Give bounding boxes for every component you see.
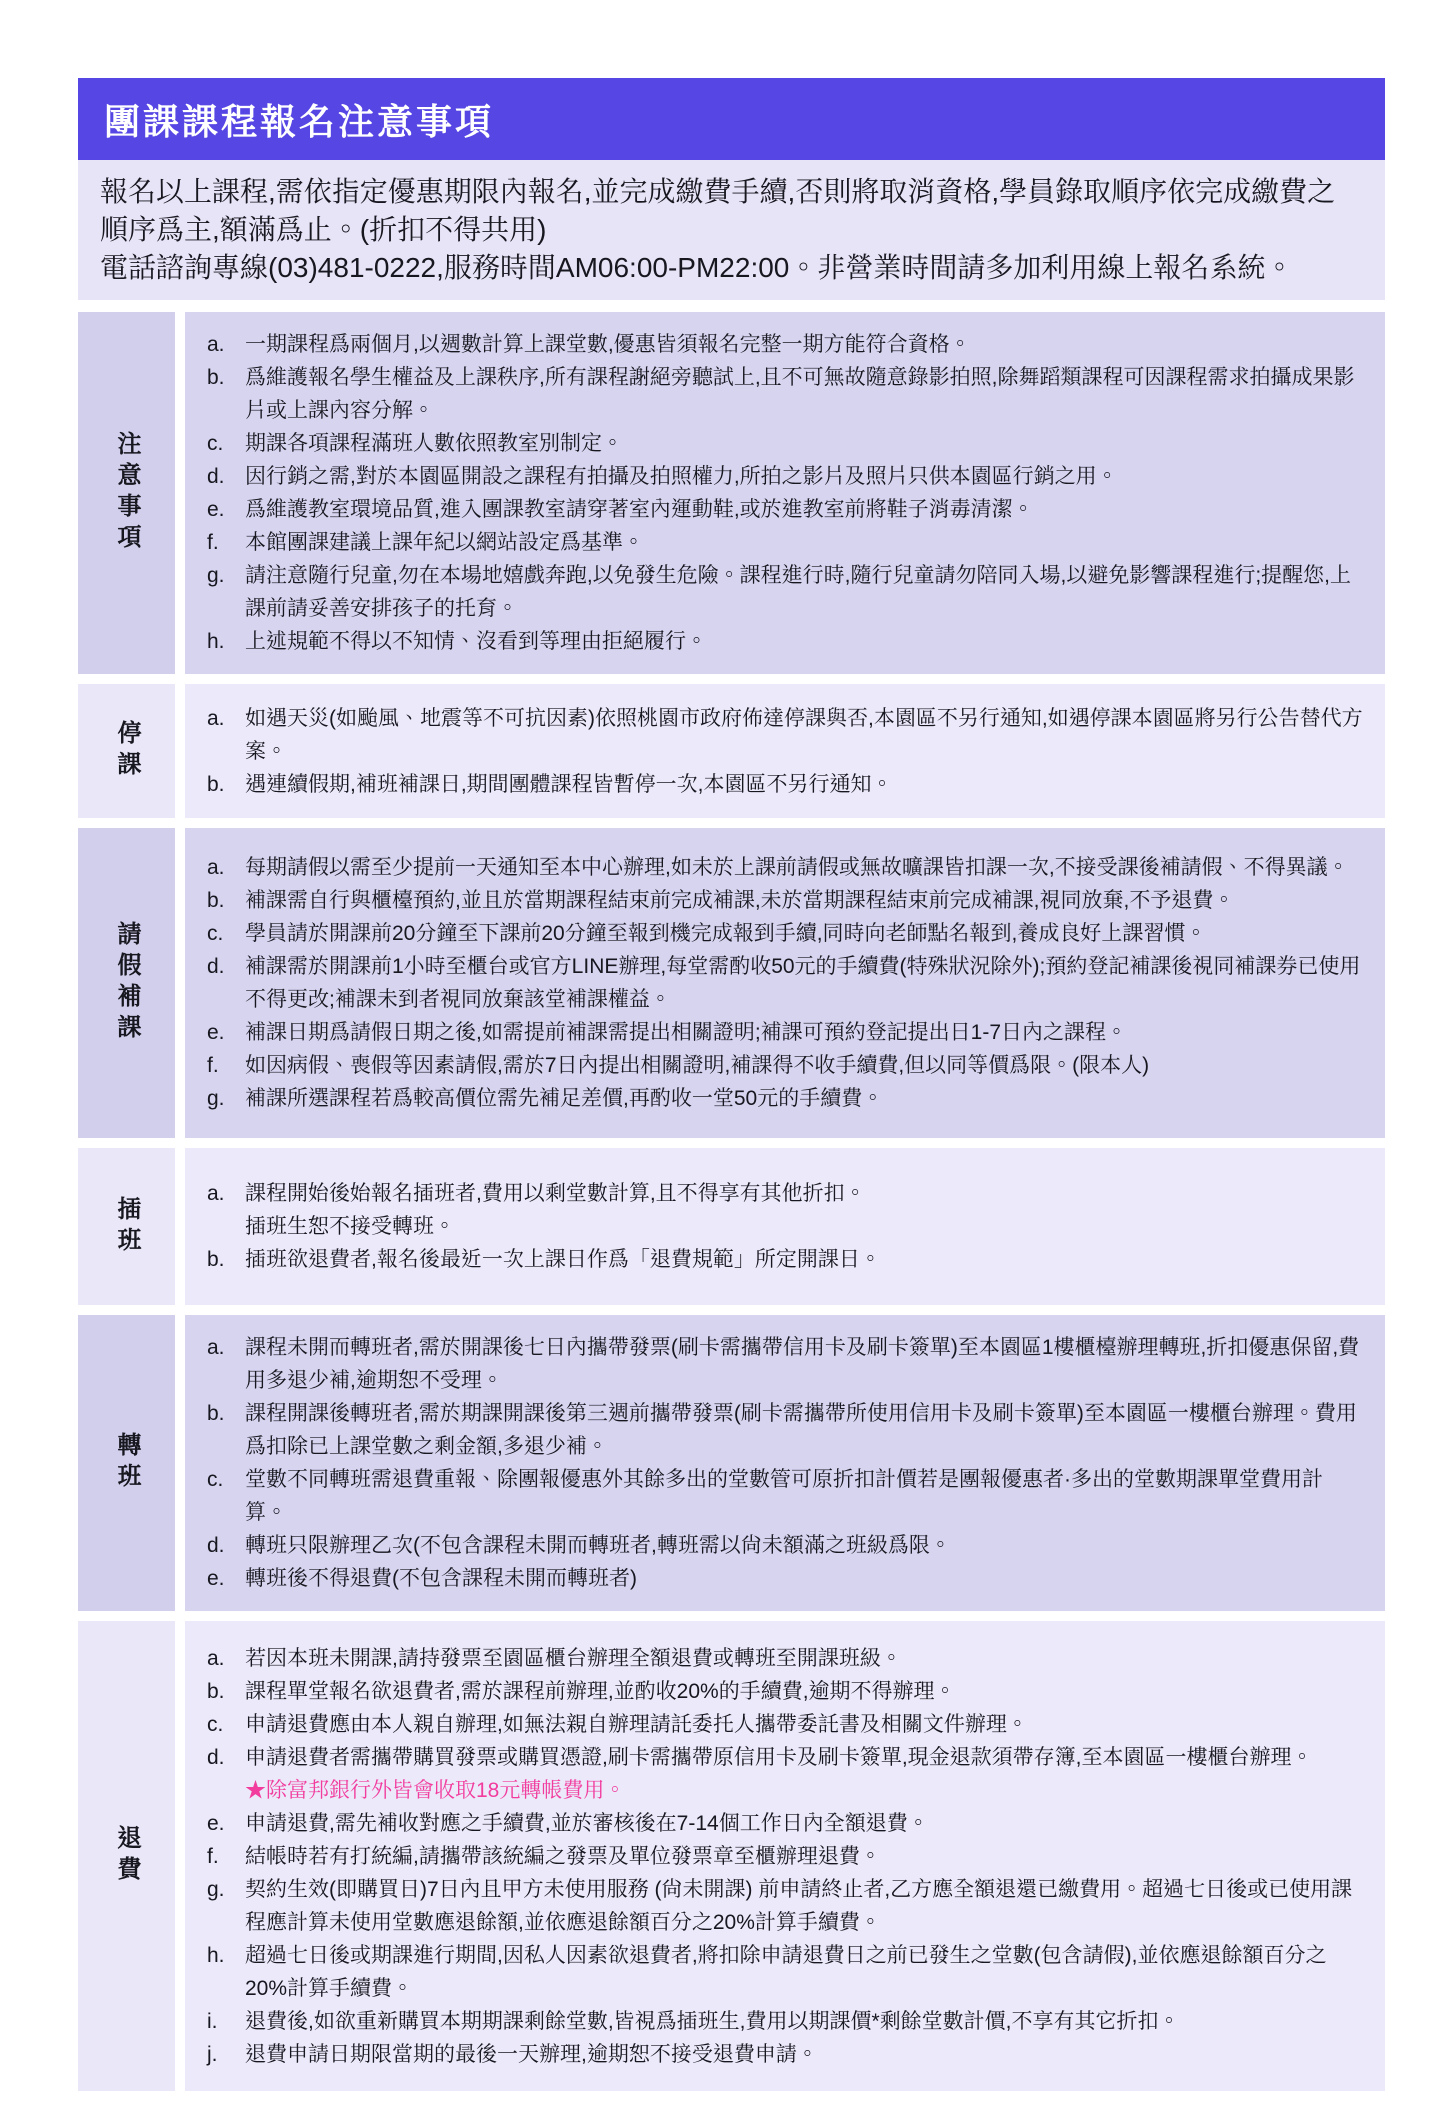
rule-item-marker: b. xyxy=(207,884,245,917)
rule-item: b.爲維護報名學生權益及上課秩序,所有課程謝絕旁聽試上,且不可無故隨意錄影拍照,… xyxy=(207,361,1363,427)
rule-item: h.超過七日後或期課進行期間,因私人因素欲退費者,將扣除申請退費日之前已發生之堂… xyxy=(207,1939,1363,2005)
rule-item-text: 課程開課後轉班者,需於期課開課後第三週前攜帶發票(刷卡需攜帶所使用信用卡及刷卡簽… xyxy=(245,1397,1363,1463)
section-row-class-insertion: 插班a.課程開始後始報名插班者,費用以剩堂數計算,且不得享有其他折扣。插班生恕不… xyxy=(78,1148,1385,1305)
intro-block: 報名以上課程,需依指定優惠期限內報名,並完成繳費手續,否則將取消資格,學員錄取順… xyxy=(78,160,1385,300)
rule-item: i.退費後,如欲重新購買本期期課剩餘堂數,皆視爲插班生,費用以期課價*剩餘堂數計… xyxy=(207,2005,1363,2038)
section-content-class-insertion: a.課程開始後始報名插班者,費用以剩堂數計算,且不得享有其他折扣。插班生恕不接受… xyxy=(185,1148,1385,1305)
rule-item: f.如因病假、喪假等因素請假,需於7日內提出相關證明,補課得不收手續費,但以同等… xyxy=(207,1049,1363,1082)
rule-item-marker: d. xyxy=(207,950,245,1016)
rule-item-text: 插班欲退費者,報名後最近一次上課日作爲「退費規範」所定開課日。 xyxy=(245,1243,1363,1276)
rule-item-text: 補課所選課程若爲較高價位需先補足差價,再酌收一堂50元的手續費。 xyxy=(245,1082,1363,1115)
rule-item-text: 每期請假以需至少提前一天通知至本中心辦理,如未於上課前請假或無故曠課皆扣課一次,… xyxy=(245,851,1363,884)
rule-item-text: 插班生恕不接受轉班。 xyxy=(245,1210,1363,1243)
rule-item-marker: f. xyxy=(207,1840,245,1873)
rule-item-text: 課程未開而轉班者,需於開課後七日內攜帶發票(刷卡需攜帶信用卡及刷卡簽單)至本園區… xyxy=(245,1331,1363,1397)
rule-item: a.課程開始後始報名插班者,費用以剩堂數計算,且不得享有其他折扣。 xyxy=(207,1177,1363,1210)
rule-item-text: 結帳時若有打統編,請攜帶該統編之發票及單位發票章至櫃辦理退費。 xyxy=(245,1840,1363,1873)
section-label-cell-refund: 退費 xyxy=(78,1621,175,2091)
rule-item-marker: b. xyxy=(207,1675,245,1708)
section-label-cell-class-insertion: 插班 xyxy=(78,1148,175,1305)
rule-item: a.若因本班未開課,請持發票至園區櫃台辦理全額退費或轉班至開課班級。 xyxy=(207,1642,1363,1675)
rule-item: j.退費申請日期限當期的最後一天辦理,逾期恕不接受退費申請。 xyxy=(207,2038,1363,2071)
rule-item-text: 退費申請日期限當期的最後一天辦理,逾期恕不接受退費申請。 xyxy=(245,2038,1363,2071)
section-row-class-transfer: 轉班a.課程未開而轉班者,需於開課後七日內攜帶發票(刷卡需攜帶信用卡及刷卡簽單)… xyxy=(78,1315,1385,1611)
rule-item-text: 補課需於開課前1小時至櫃台或官方LINE辦理,每堂需酌收50元的手續費(特殊狀況… xyxy=(245,950,1363,1016)
rule-item: a.一期課程爲兩個月,以週數計算上課堂數,優惠皆須報名完整一期方能符合資格。 xyxy=(207,328,1363,361)
section-label-cell-class-suspension: 停課 xyxy=(78,684,175,818)
rule-item-marker: j. xyxy=(207,2038,245,2071)
rule-item-text: 申請退費者需攜帶購買發票或購買憑證,刷卡需攜帶原信用卡及刷卡簽單,現金退款須帶存… xyxy=(245,1741,1363,1774)
rule-item-text: 期課各項課程滿班人數依照教室別制定。 xyxy=(245,427,1363,460)
rule-item-marker: g. xyxy=(207,1082,245,1115)
rule-item: d.轉班只限辦理乙次(不包含課程未開而轉班者,轉班需以尙未額滿之班級爲限。 xyxy=(207,1529,1363,1562)
rule-item-marker: e. xyxy=(207,1562,245,1595)
section-content-leave-makeup: a.每期請假以需至少提前一天通知至本中心辦理,如未於上課前請假或無故曠課皆扣課一… xyxy=(185,828,1385,1138)
page-title: 團課課程報名注意事項 xyxy=(104,94,494,145)
rule-item: g.契約生效(即購買日)7日內且甲方未使用服務 (尙未開課) 前申請終止者,乙方… xyxy=(207,1873,1363,1939)
rule-item-text: 課程單堂報名欲退費者,需於課程前辦理,並酌收20%的手續費,逾期不得辦理。 xyxy=(245,1675,1363,1708)
rule-item-marker xyxy=(207,1774,245,1807)
section-label-cell-class-transfer: 轉班 xyxy=(78,1315,175,1611)
rule-item-text: 如遇天災(如颱風、地震等不可抗因素)依照桃園市政府佈達停課與否,本園區不另行通知… xyxy=(245,702,1363,768)
rule-item-marker: b. xyxy=(207,361,245,427)
rule-item: f.本館團課建議上課年紀以網站設定爲基準。 xyxy=(207,526,1363,559)
rule-item-marker: f. xyxy=(207,1049,245,1082)
rule-item-marker: b. xyxy=(207,768,245,801)
rule-item: b.補課需自行與櫃檯預約,並且於當期課程結束前完成補課,未於當期課程結束前完成補… xyxy=(207,884,1363,917)
rule-item-text: 退費後,如欲重新購買本期期課剩餘堂數,皆視爲插班生,費用以期課價*剩餘堂數計價,… xyxy=(245,2005,1363,2038)
rule-item-text: ★除富邦銀行外皆會收取18元轉帳費用。 xyxy=(245,1774,1363,1807)
rule-item: c.學員請於開課前20分鐘至下課前20分鐘至報到機完成報到手續,同時向老師點名報… xyxy=(207,917,1363,950)
rule-item-marker: a. xyxy=(207,702,245,768)
rule-item-marker: a. xyxy=(207,1642,245,1675)
rule-item-text: 轉班後不得退費(不包含課程未開而轉班者) xyxy=(245,1562,1363,1595)
intro-phone-line: 電話諮詢專線(03)481-0222,服務時間AM06:00-PM22:00。非… xyxy=(100,249,1363,287)
section-label-cell-notes: 注意事項 xyxy=(78,312,175,674)
highlight-note: ★除富邦銀行外皆會收取18元轉帳費用。 xyxy=(207,1774,1363,1807)
rule-item-text: 申請退費,需先補收對應之手續費,並於審核後在7-14個工作日內全額退費。 xyxy=(245,1807,1363,1840)
rule-item-marker: b. xyxy=(207,1243,245,1276)
rule-item-text: 超過七日後或期課進行期間,因私人因素欲退費者,將扣除申請退費日之前已發生之堂數(… xyxy=(245,1939,1363,2005)
section-content-notes: a.一期課程爲兩個月,以週數計算上課堂數,優惠皆須報名完整一期方能符合資格。b.… xyxy=(185,312,1385,674)
rule-item-text: 如因病假、喪假等因素請假,需於7日內提出相關證明,補課得不收手續費,但以同等價爲… xyxy=(245,1049,1363,1082)
rule-item: d.申請退費者需攜帶購買發票或購買憑證,刷卡需攜帶原信用卡及刷卡簽單,現金退款須… xyxy=(207,1741,1363,1774)
rule-item-marker: c. xyxy=(207,1708,245,1741)
section-label: 注意事項 xyxy=(109,431,144,555)
rule-item-text: 上述規範不得以不知情、沒看到等理由拒絕履行。 xyxy=(245,625,1363,658)
rule-item-marker: d. xyxy=(207,460,245,493)
rule-item-marker: h. xyxy=(207,1939,245,2005)
section-label-cell-leave-makeup: 請假補課 xyxy=(78,828,175,1138)
rule-item-marker: d. xyxy=(207,1741,245,1774)
section-label: 停課 xyxy=(109,720,144,782)
section-label: 轉班 xyxy=(109,1432,144,1494)
rule-item-text: 因行銷之需,對於本園區開設之課程有拍攝及拍照權力,所拍之影片及照片只供本園區行銷… xyxy=(245,460,1363,493)
rule-item-marker: d. xyxy=(207,1529,245,1562)
rule-item: a.如遇天災(如颱風、地震等不可抗因素)依照桃園市政府佈達停課與否,本園區不另行… xyxy=(207,702,1363,768)
rule-item: 插班生恕不接受轉班。 xyxy=(207,1210,1363,1243)
rule-item: g.補課所選課程若爲較高價位需先補足差價,再酌收一堂50元的手續費。 xyxy=(207,1082,1363,1115)
rule-item: c.申請退費應由本人親自辦理,如無法親自辦理請託委托人攜帶委託書及相關文件辦理。 xyxy=(207,1708,1363,1741)
rule-item-text: 學員請於開課前20分鐘至下課前20分鐘至報到機完成報到手續,同時向老師點名報到,… xyxy=(245,917,1363,950)
rule-item-text: 補課日期爲請假日期之後,如需提前補課需提出相關證明;補課可預約登記提出日1-7日… xyxy=(245,1016,1363,1049)
rule-item: b.遇連續假期,補班補課日,期間團體課程皆暫停一次,本園區不另行通知。 xyxy=(207,768,1363,801)
rule-item-marker: e. xyxy=(207,1807,245,1840)
rule-item-marker xyxy=(207,1210,245,1243)
rule-item: b.插班欲退費者,報名後最近一次上課日作爲「退費規範」所定開課日。 xyxy=(207,1243,1363,1276)
rule-item-text: 本館團課建議上課年紀以網站設定爲基準。 xyxy=(245,526,1363,559)
rule-item-marker: a. xyxy=(207,851,245,884)
section-label: 退費 xyxy=(109,1825,144,1887)
section-row-refund: 退費a.若因本班未開課,請持發票至園區櫃台辦理全額退費或轉班至開課班級。b.課程… xyxy=(78,1621,1385,2091)
rule-item: f.結帳時若有打統編,請攜帶該統編之發票及單位發票章至櫃辦理退費。 xyxy=(207,1840,1363,1873)
section-label: 插班 xyxy=(109,1196,144,1258)
rule-item: b.課程單堂報名欲退費者,需於課程前辦理,並酌收20%的手續費,逾期不得辦理。 xyxy=(207,1675,1363,1708)
section-row-leave-makeup: 請假補課a.每期請假以需至少提前一天通知至本中心辦理,如未於上課前請假或無故曠課… xyxy=(78,828,1385,1138)
rule-item-marker: a. xyxy=(207,328,245,361)
rule-item: h.上述規範不得以不知情、沒看到等理由拒絕履行。 xyxy=(207,625,1363,658)
rule-item: b.課程開課後轉班者,需於期課開課後第三週前攜帶發票(刷卡需攜帶所使用信用卡及刷… xyxy=(207,1397,1363,1463)
rule-item: a.課程未開而轉班者,需於開課後七日內攜帶發票(刷卡需攜帶信用卡及刷卡簽單)至本… xyxy=(207,1331,1363,1397)
rule-item: d.因行銷之需,對於本園區開設之課程有拍攝及拍照權力,所拍之影片及照片只供本園區… xyxy=(207,460,1363,493)
sections-list: 注意事項a.一期課程爲兩個月,以週數計算上課堂數,優惠皆須報名完整一期方能符合資… xyxy=(78,312,1385,2091)
rule-item: c.堂數不同轉班需退費重報、除團報優惠外其餘多出的堂數管可原折扣計價若是團報優惠… xyxy=(207,1463,1363,1529)
rule-item: c.期課各項課程滿班人數依照教室別制定。 xyxy=(207,427,1363,460)
notice-page: 團課課程報名注意事項 報名以上課程,需依指定優惠期限內報名,並完成繳費手續,否則… xyxy=(78,78,1385,2101)
rule-item: e.爲維護教室環境品質,進入團課教室請穿著室內運動鞋,或於進教室前將鞋子消毒清潔… xyxy=(207,493,1363,526)
rule-item-marker: b. xyxy=(207,1397,245,1463)
rule-item-text: 請注意隨行兒童,勿在本場地嬉戲奔跑,以免發生危險。課程進行時,隨行兒童請勿陪同入… xyxy=(245,559,1363,625)
rule-item-text: 補課需自行與櫃檯預約,並且於當期課程結束前完成補課,未於當期課程結束前完成補課,… xyxy=(245,884,1363,917)
rule-item-marker: a. xyxy=(207,1177,245,1210)
rule-item-marker: e. xyxy=(207,493,245,526)
rule-item-marker: f. xyxy=(207,526,245,559)
rule-item-text: 爲維護教室環境品質,進入團課教室請穿著室內運動鞋,或於進教室前將鞋子消毒清潔。 xyxy=(245,493,1363,526)
rule-item-text: 遇連續假期,補班補課日,期間團體課程皆暫停一次,本園區不另行通知。 xyxy=(245,768,1363,801)
rule-item-marker: g. xyxy=(207,559,245,625)
rule-item-marker: c. xyxy=(207,1463,245,1529)
rule-item-marker: c. xyxy=(207,427,245,460)
rule-item-text: 若因本班未開課,請持發票至園區櫃台辦理全額退費或轉班至開課班級。 xyxy=(245,1642,1363,1675)
rule-item: e.補課日期爲請假日期之後,如需提前補課需提出相關證明;補課可預約登記提出日1-… xyxy=(207,1016,1363,1049)
page-header: 團課課程報名注意事項 xyxy=(78,78,1385,160)
rule-item-text: 爲維護報名學生權益及上課秩序,所有課程謝絕旁聽試上,且不可無故隨意錄影拍照,除舞… xyxy=(245,361,1363,427)
rule-item: e.申請退費,需先補收對應之手續費,並於審核後在7-14個工作日內全額退費。 xyxy=(207,1807,1363,1840)
section-content-class-suspension: a.如遇天災(如颱風、地震等不可抗因素)依照桃園市政府佈達停課與否,本園區不另行… xyxy=(185,684,1385,818)
section-label: 請假補課 xyxy=(109,921,144,1045)
rule-item-text: 契約生效(即購買日)7日內且甲方未使用服務 (尙未開課) 前申請終止者,乙方應全… xyxy=(245,1873,1363,1939)
rule-item-text: 轉班只限辦理乙次(不包含課程未開而轉班者,轉班需以尙未額滿之班級爲限。 xyxy=(245,1529,1363,1562)
section-content-class-transfer: a.課程未開而轉班者,需於開課後七日內攜帶發票(刷卡需攜帶信用卡及刷卡簽單)至本… xyxy=(185,1315,1385,1611)
rule-item: g.請注意隨行兒童,勿在本場地嬉戲奔跑,以免發生危險。課程進行時,隨行兒童請勿陪… xyxy=(207,559,1363,625)
rule-item-marker: e. xyxy=(207,1016,245,1049)
rule-item-text: 一期課程爲兩個月,以週數計算上課堂數,優惠皆須報名完整一期方能符合資格。 xyxy=(245,328,1363,361)
rule-item-marker: g. xyxy=(207,1873,245,1939)
rule-item: a.每期請假以需至少提前一天通知至本中心辦理,如未於上課前請假或無故曠課皆扣課一… xyxy=(207,851,1363,884)
rule-item: d.補課需於開課前1小時至櫃台或官方LINE辦理,每堂需酌收50元的手續費(特殊… xyxy=(207,950,1363,1016)
rule-item-marker: a. xyxy=(207,1331,245,1397)
rule-item: e.轉班後不得退費(不包含課程未開而轉班者) xyxy=(207,1562,1363,1595)
rule-item-text: 申請退費應由本人親自辦理,如無法親自辦理請託委托人攜帶委託書及相關文件辦理。 xyxy=(245,1708,1363,1741)
intro-paragraph: 報名以上課程,需依指定優惠期限內報名,並完成繳費手續,否則將取消資格,學員錄取順… xyxy=(100,173,1363,249)
rule-item-marker: i. xyxy=(207,2005,245,2038)
section-row-class-suspension: 停課a.如遇天災(如颱風、地震等不可抗因素)依照桃園市政府佈達停課與否,本園區不… xyxy=(78,684,1385,818)
section-row-notes: 注意事項a.一期課程爲兩個月,以週數計算上課堂數,優惠皆須報名完整一期方能符合資… xyxy=(78,312,1385,674)
rule-item-marker: c. xyxy=(207,917,245,950)
rule-item-text: 堂數不同轉班需退費重報、除團報優惠外其餘多出的堂數管可原折扣計價若是團報優惠者·… xyxy=(245,1463,1363,1529)
section-content-refund: a.若因本班未開課,請持發票至園區櫃台辦理全額退費或轉班至開課班級。b.課程單堂… xyxy=(185,1621,1385,2091)
rule-item-text: 課程開始後始報名插班者,費用以剩堂數計算,且不得享有其他折扣。 xyxy=(245,1177,1363,1210)
rule-item-marker: h. xyxy=(207,625,245,658)
